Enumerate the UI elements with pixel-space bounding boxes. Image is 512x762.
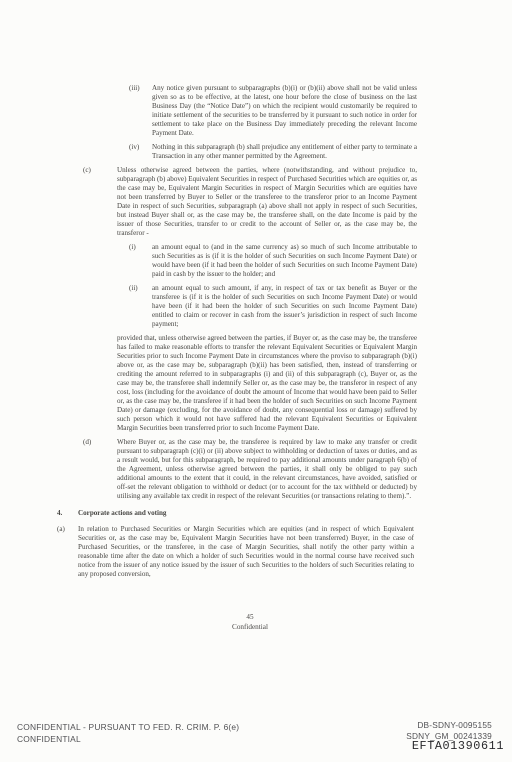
paragraph-marker: (i)	[129, 243, 152, 279]
paragraph-text: an amount equal to (and in the same curr…	[152, 243, 417, 279]
doc-paragraph-d: (d) Where Buyer or, as the case may be, …	[0, 438, 512, 501]
page-number: 45	[0, 612, 500, 622]
section-number: 4.	[57, 509, 78, 518]
paragraph-text: Where Buyer or, as the case may be, the …	[117, 438, 417, 501]
section-title: Corporate actions and voting	[78, 509, 414, 518]
confidential-line: CONFIDENTIAL	[17, 734, 239, 746]
paragraph-text: Any notice given pursuant to subparagrap…	[152, 84, 417, 138]
confidential-crim-rule-line: CONFIDENTIAL - PURSUANT TO FED. R. CRIM.…	[17, 722, 239, 734]
page-footer-center: 45 Confidential	[0, 612, 500, 632]
paragraph-marker: (a)	[57, 525, 78, 579]
paragraph-text: Nothing in this subparagraph (b) shall p…	[152, 143, 417, 161]
confidential-label: Confidential	[0, 622, 500, 632]
paragraph-text: provided that, unless otherwise agreed b…	[117, 334, 417, 433]
paragraph-text: Unless otherwise agreed between the part…	[117, 166, 417, 238]
doc-paragraph-proviso: provided that, unless otherwise agreed b…	[0, 334, 512, 433]
document-body: (iii) Any notice given pursuant to subpa…	[0, 84, 512, 584]
doc-paragraph-iii: (iii) Any notice given pursuant to subpa…	[0, 84, 512, 138]
paragraph-text: an amount equal to such amount, if any, …	[152, 284, 417, 329]
paragraph-marker: (d)	[83, 438, 117, 501]
section-heading: 4. Corporate actions and voting	[0, 509, 512, 518]
paragraph-marker: (iii)	[129, 84, 152, 138]
paragraph-marker: (c)	[83, 166, 117, 238]
doc-paragraph-i: (i) an amount equal to (and in the same …	[0, 243, 512, 279]
paragraph-text: In relation to Purchased Securities or M…	[78, 525, 414, 579]
doc-paragraph-iv: (iv) Nothing in this subparagraph (b) sh…	[0, 143, 512, 161]
bates-footer-left: CONFIDENTIAL - PURSUANT TO FED. R. CRIM.…	[17, 722, 239, 745]
scanned-document-page: (iii) Any notice given pursuant to subpa…	[0, 0, 512, 762]
doc-paragraph-a: (a) In relation to Purchased Securities …	[0, 525, 512, 579]
paragraph-marker: (iv)	[129, 143, 152, 161]
doc-paragraph-ii: (ii) an amount equal to such amount, if …	[0, 284, 512, 329]
paragraph-marker: (ii)	[129, 284, 152, 329]
doc-paragraph-c: (c) Unless otherwise agreed between the …	[0, 166, 512, 238]
production-stamp-efta: EFTA01390611	[412, 739, 504, 753]
bates-number-db-sdny: DB-SDNY-0095155	[406, 720, 492, 731]
